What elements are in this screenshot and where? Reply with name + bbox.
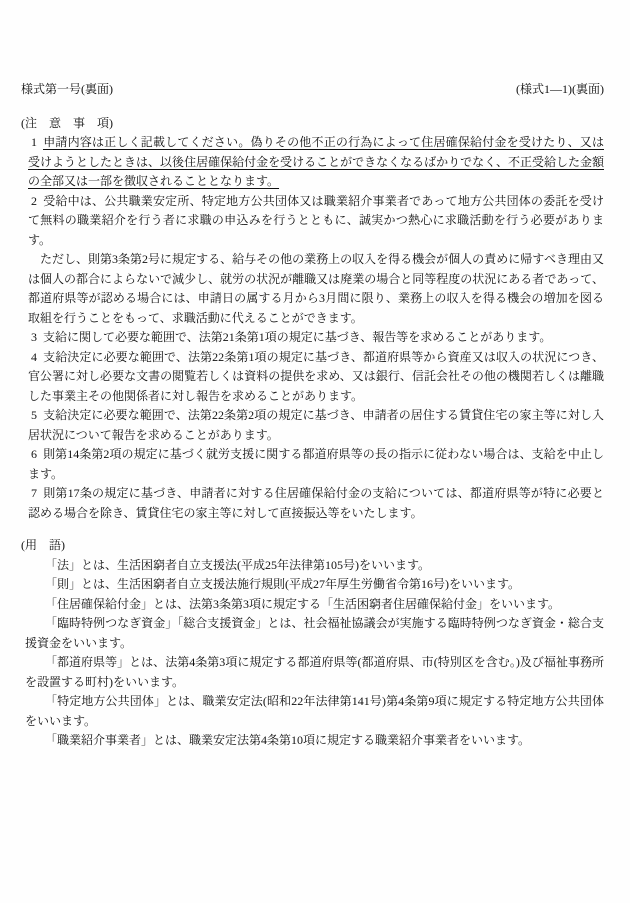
note-number-1: 1 bbox=[31, 135, 37, 149]
term-item-7: 「職業紹介事業者」とは、職業安定法第4条第10項に規定する職業紹介事業者をいいま… bbox=[21, 731, 604, 751]
doc-header: 様式第一号(裏面) (様式1—1)(裏面) bbox=[21, 80, 604, 100]
term-item-6: 「特定地方公共団体」とは、職業安定法(昭和22年法律第141号)第4条第9項に規… bbox=[21, 692, 604, 731]
note-number-7: 7 bbox=[31, 486, 37, 500]
terms-section-heading: (用 語) bbox=[21, 536, 604, 556]
note-item-3: 3支給に関して必要な範囲で、法第21条第1項の規定に基づき、報告等を求めることが… bbox=[21, 328, 604, 348]
terms-section: (用 語) 「法」とは、生活困窮者自立支援法(平成25年法律第105号)をいいま… bbox=[21, 536, 604, 751]
term-item-1: 「法」とは、生活困窮者自立支援法(平成25年法律第105号)をいいます。 bbox=[21, 556, 604, 576]
note-number-6: 6 bbox=[31, 447, 37, 461]
note-number-2: 2 bbox=[31, 194, 37, 208]
note-text-6: 則第14条第2項の規定に基づく就労支援に関する都道府県等の長の指示に従わない場合… bbox=[28, 447, 604, 481]
term-item-3: 「住居確保給付金」とは、法第3条第3項に規定する「生活困窮者住居確保給付金」をい… bbox=[21, 595, 604, 615]
notes-section: (注 意 事 項) 1申請内容は正しく記載してください。偽りその他不正の行為によ… bbox=[21, 114, 604, 524]
note-subtext-2: ただし、則第3条第2号に規定する、給与その他の業務上の収入を得る機会が個人の責め… bbox=[21, 250, 604, 328]
note-number-4: 4 bbox=[31, 350, 37, 364]
form-style-number-left: 様式第一号(裏面) bbox=[21, 80, 113, 100]
note-item-5: 5支給決定に必要な範囲で、法第22条第2項の規定に基づき、申請者の居住する賃貸住… bbox=[21, 406, 604, 445]
note-text-3: 支給に関して必要な範囲で、法第21条第1項の規定に基づき、報告等を求めることがあ… bbox=[43, 330, 551, 344]
form-style-number-right: (様式1—1)(裏面) bbox=[516, 80, 604, 100]
note-item-6: 6則第14条第2項の規定に基づく就労支援に関する都道府県等の長の指示に従わない場… bbox=[21, 445, 604, 484]
note-number-5: 5 bbox=[31, 408, 37, 422]
form-back-page: 様式第一号(裏面) (様式1—1)(裏面) (注 意 事 項) 1申請内容は正し… bbox=[0, 0, 630, 903]
term-item-2: 「則」とは、生活困窮者自立支援法施行規則(平成27年厚生労働省令第16号)をいい… bbox=[21, 575, 604, 595]
note-text-7: 則第17条の規定に基づき、申請者に対する住居確保給付金の支給については、都道府県… bbox=[28, 486, 604, 520]
note-text-4: 支給決定に必要な範囲で、法第22条第1項の規定に基づき、都道府県等から資産又は収… bbox=[28, 350, 604, 403]
note-text-1: 申請内容は正しく記載してください。偽りその他不正の行為によって住居確保給付金を受… bbox=[28, 135, 604, 188]
notes-section-heading: (注 意 事 項) bbox=[21, 114, 604, 134]
note-item-1: 1申請内容は正しく記載してください。偽りその他不正の行為によって住居確保給付金を… bbox=[21, 133, 604, 192]
note-text-2: 受給中は、公共職業安定所、特定地方公共団体又は職業紹介事業者であって地方公共団体… bbox=[28, 194, 604, 247]
term-item-5: 「都道府県等」とは、法第4条第3項に規定する都道府県等(都道府県、市(特別区を含… bbox=[21, 653, 604, 692]
note-item-4: 4支給決定に必要な範囲で、法第22条第1項の規定に基づき、都道府県等から資産又は… bbox=[21, 348, 604, 407]
note-item-7: 7則第17条の規定に基づき、申請者に対する住居確保給付金の支給については、都道府… bbox=[21, 484, 604, 523]
term-item-4: 「臨時特例つなぎ資金」「総合支援資金」とは、社会福祉協議会が実施する臨時特例つな… bbox=[21, 614, 604, 653]
note-number-3: 3 bbox=[31, 330, 37, 344]
note-item-2: 2受給中は、公共職業安定所、特定地方公共団体又は職業紹介事業者であって地方公共団… bbox=[21, 192, 604, 329]
note-text-5: 支給決定に必要な範囲で、法第22条第2項の規定に基づき、申請者の居住する賃貸住宅… bbox=[28, 408, 604, 442]
